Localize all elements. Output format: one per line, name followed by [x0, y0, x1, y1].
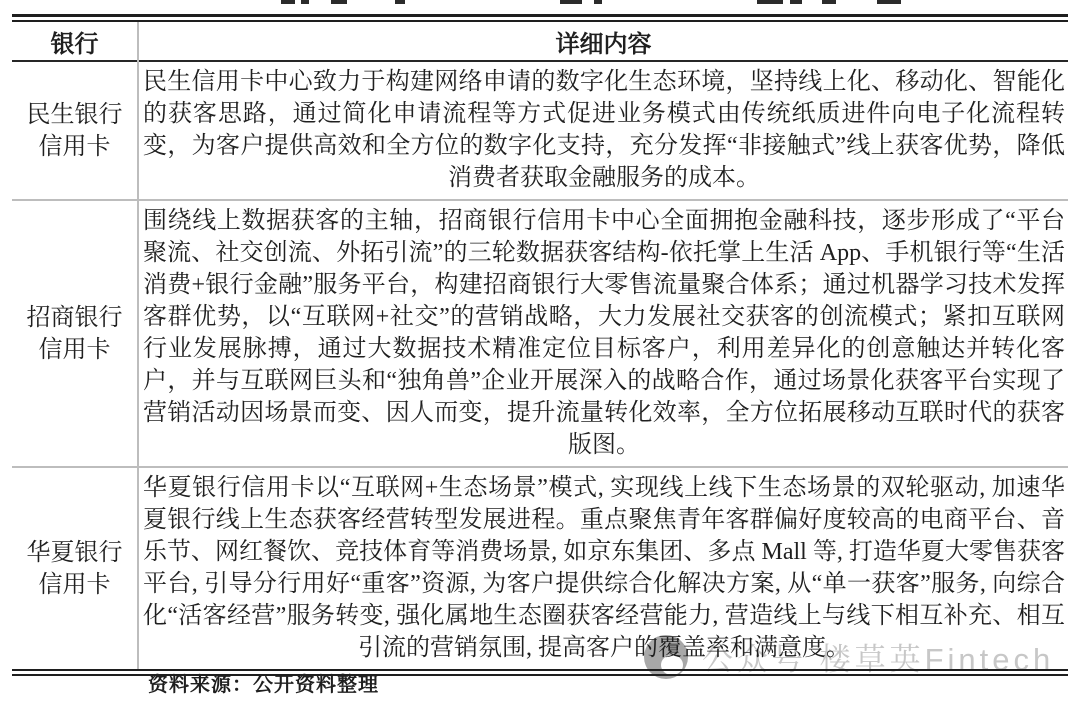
- bank-detail-text: 围绕线上数据获客的主轴，招商银行信用卡中心全面拥抱金融科技，逐步形成了“平台聚流…: [138, 200, 1068, 467]
- table-top-double-rule: [12, 14, 1068, 22]
- column-header-detail: 详细内容: [138, 22, 1068, 61]
- source-note: 资料来源：公开资料整理: [148, 668, 379, 697]
- cropped-text-fragment: [757, 0, 783, 4]
- bank-name-line: 华夏银行: [14, 537, 135, 569]
- table-row-minsheng: 民生银行 信用卡 民生信用卡中心致力于构建网络申请的数字化生态环境，坚持线上化、…: [12, 61, 1068, 200]
- cropped-text-fragment: [790, 0, 802, 4]
- document-page: 公众号 楼草英Fintech 银行 详细内容 民生银行 信用卡 民生信用卡中心致…: [0, 0, 1080, 701]
- bank-strategy-table-wrapper: 银行 详细内容 民生银行 信用卡 民生信用卡中心致力于构建网络申请的数字化生态环…: [12, 14, 1068, 676]
- cropped-text-fragment: [331, 0, 347, 4]
- bank-name-cell: 华夏银行 信用卡: [12, 467, 138, 669]
- bank-detail-text: 民生信用卡中心致力于构建网络申请的数字化生态环境，坚持线上化、移动化、智能化的获…: [138, 61, 1068, 200]
- bank-name-line: 信用卡: [14, 569, 135, 601]
- bank-strategy-table: 银行 详细内容 民生银行 信用卡 民生信用卡中心致力于构建网络申请的数字化生态环…: [12, 22, 1068, 669]
- cropped-text-fragment: [395, 0, 405, 4]
- cropped-text-fragment: [877, 0, 901, 4]
- bank-name-line: 招商银行: [14, 302, 135, 334]
- bank-name-line: 民生银行: [14, 99, 135, 131]
- cropped-text-fragment: [560, 0, 582, 4]
- table-row-zhaoshang: 招商银行 信用卡 围绕线上数据获客的主轴，招商银行信用卡中心全面拥抱金融科技，逐…: [12, 200, 1068, 467]
- cropped-text-fragment: [281, 0, 295, 4]
- cropped-text-fragment: [594, 0, 602, 4]
- bank-name-cell: 招商银行 信用卡: [12, 200, 138, 467]
- bank-name-cell: 民生银行 信用卡: [12, 61, 138, 200]
- bank-name-line: 信用卡: [14, 334, 135, 366]
- bank-detail-text: 华夏银行信用卡以“互联网+生态场景”模式, 实现线上线下生态场景的双轮驱动, 加…: [138, 467, 1068, 669]
- bank-name-line: 信用卡: [14, 131, 135, 163]
- cropped-text-fragment: [822, 0, 836, 4]
- header-row: 银行 详细内容: [12, 22, 1068, 61]
- cropped-text-fragment: [301, 0, 309, 4]
- column-header-bank: 银行: [12, 22, 138, 61]
- table-row-huaxia: 华夏银行 信用卡 华夏银行信用卡以“互联网+生态场景”模式, 实现线上线下生态场…: [12, 467, 1068, 669]
